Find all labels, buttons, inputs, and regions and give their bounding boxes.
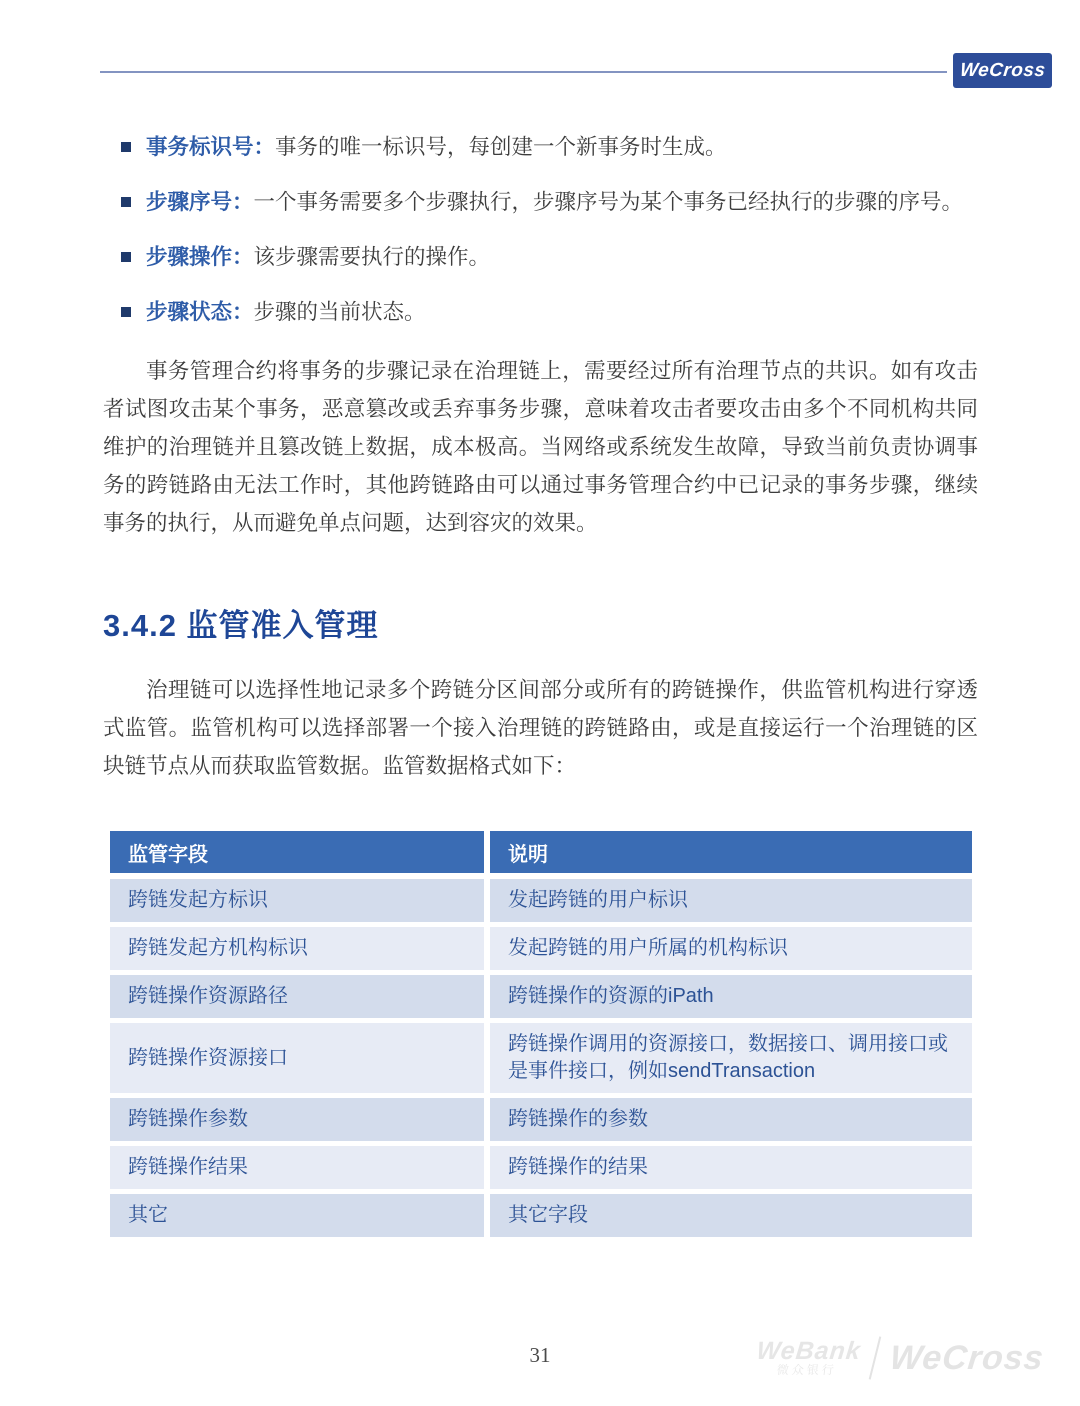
- table-row: 跨链操作结果 跨链操作的结果: [110, 1144, 972, 1192]
- bullet-definition: 事务的唯一标识号，每创建一个新事务时生成。: [275, 135, 727, 159]
- page-header: WeCross: [0, 0, 1080, 92]
- table-row: 其它 其它字段: [110, 1192, 972, 1240]
- bullet-square-icon: [121, 252, 131, 262]
- table-row: 跨链操作资源接口 跨链操作调用的资源接口，数据接口、调用接口或是事件接口，例如s…: [110, 1021, 972, 1096]
- webank-logo-text: WeBank: [756, 1339, 863, 1363]
- regulation-data-table: 监管字段 说明 跨链发起方标识 发起跨链的用户标识 跨链发起方机构标识 发起跨链…: [110, 831, 972, 1242]
- column-header-description: 说明: [487, 831, 972, 876]
- wecross-logo-text: WeCross: [959, 60, 1047, 82]
- list-item: 步骤状态：步骤的当前状态。: [103, 297, 978, 327]
- bullet-definition: 一个事务需要多个步骤执行，步骤序号为某个事务已经执行的步骤的序号。: [254, 190, 964, 214]
- bullet-definition: 步骤的当前状态。: [254, 300, 426, 324]
- header-divider-line: [100, 71, 947, 73]
- footer-watermarks: WeBank 微众银行 WeCross: [756, 1336, 1044, 1380]
- document-content: 事务标识号：事务的唯一标识号，每创建一个新事务时生成。 步骤序号：一个事务需要多…: [0, 132, 1080, 1242]
- bullet-term: 事务标识号：: [146, 135, 275, 159]
- body-paragraph: 治理链可以选择性地记录多个跨链分区间部分或所有的跨链操作，供监管机构进行穿透式监…: [103, 671, 978, 785]
- list-item: 事务标识号：事务的唯一标识号，每创建一个新事务时生成。: [103, 132, 978, 162]
- section-heading: 3.4.2 监管准入管理: [103, 600, 978, 645]
- table-row: 跨链发起方标识 发起跨链的用户标识: [110, 876, 972, 925]
- table-row: 跨链发起方机构标识 发起跨链的用户所属的机构标识: [110, 925, 972, 973]
- definition-bullet-list: 事务标识号：事务的唯一标识号，每创建一个新事务时生成。 步骤序号：一个事务需要多…: [103, 132, 978, 327]
- column-header-field: 监管字段: [110, 831, 487, 876]
- list-item: 步骤操作：该步骤需要执行的操作。: [103, 242, 978, 272]
- bullet-term: 步骤状态：: [146, 300, 254, 324]
- table-cell-description: 其它字段: [487, 1192, 972, 1240]
- bullet-square-icon: [121, 197, 131, 207]
- table-cell-field: 其它: [110, 1192, 487, 1240]
- webank-logo-subtext: 微众银行: [754, 1363, 860, 1377]
- table-cell-description: 发起跨链的用户标识: [487, 876, 972, 925]
- table-cell-description: 跨链操作的结果: [487, 1144, 972, 1192]
- bullet-square-icon: [121, 142, 131, 152]
- wecross-footer-logo-text: WeCross: [888, 1339, 1046, 1378]
- table-cell-description: 跨链操作的参数: [487, 1096, 972, 1144]
- table-cell-field: 跨链操作资源路径: [110, 973, 487, 1021]
- table-cell-field: 跨链发起方标识: [110, 876, 487, 925]
- bullet-square-icon: [121, 307, 131, 317]
- table-cell-description: 跨链操作调用的资源接口，数据接口、调用接口或是事件接口，例如sendTransa…: [487, 1021, 972, 1096]
- table-cell-description: 发起跨链的用户所属的机构标识: [487, 925, 972, 973]
- body-paragraph: 事务管理合约将事务的步骤记录在治理链上，需要经过所有治理节点的共识。如有攻击者试…: [103, 352, 978, 542]
- wecross-logo-badge: WeCross: [953, 53, 1052, 88]
- table-row: 跨链操作参数 跨链操作的参数: [110, 1096, 972, 1144]
- table-cell-field: 跨链操作结果: [110, 1144, 487, 1192]
- document-page: WeCross 事务标识号：事务的唯一标识号，每创建一个新事务时生成。 步骤序号…: [0, 0, 1080, 1406]
- bullet-definition: 该步骤需要执行的操作。: [254, 245, 491, 269]
- table-header-row: 监管字段 说明: [110, 831, 972, 876]
- bullet-term: 步骤序号：: [146, 190, 254, 214]
- table-cell-description: 跨链操作的资源的iPath: [487, 973, 972, 1021]
- webank-logo: WeBank 微众银行: [754, 1339, 862, 1377]
- logo-divider-slash: [869, 1336, 882, 1379]
- table-cell-field: 跨链操作参数: [110, 1096, 487, 1144]
- bullet-term: 步骤操作：: [146, 245, 254, 269]
- table-cell-field: 跨链操作资源接口: [110, 1021, 487, 1096]
- table-cell-field: 跨链发起方机构标识: [110, 925, 487, 973]
- table-row: 跨链操作资源路径 跨链操作的资源的iPath: [110, 973, 972, 1021]
- list-item: 步骤序号：一个事务需要多个步骤执行，步骤序号为某个事务已经执行的步骤的序号。: [103, 187, 978, 217]
